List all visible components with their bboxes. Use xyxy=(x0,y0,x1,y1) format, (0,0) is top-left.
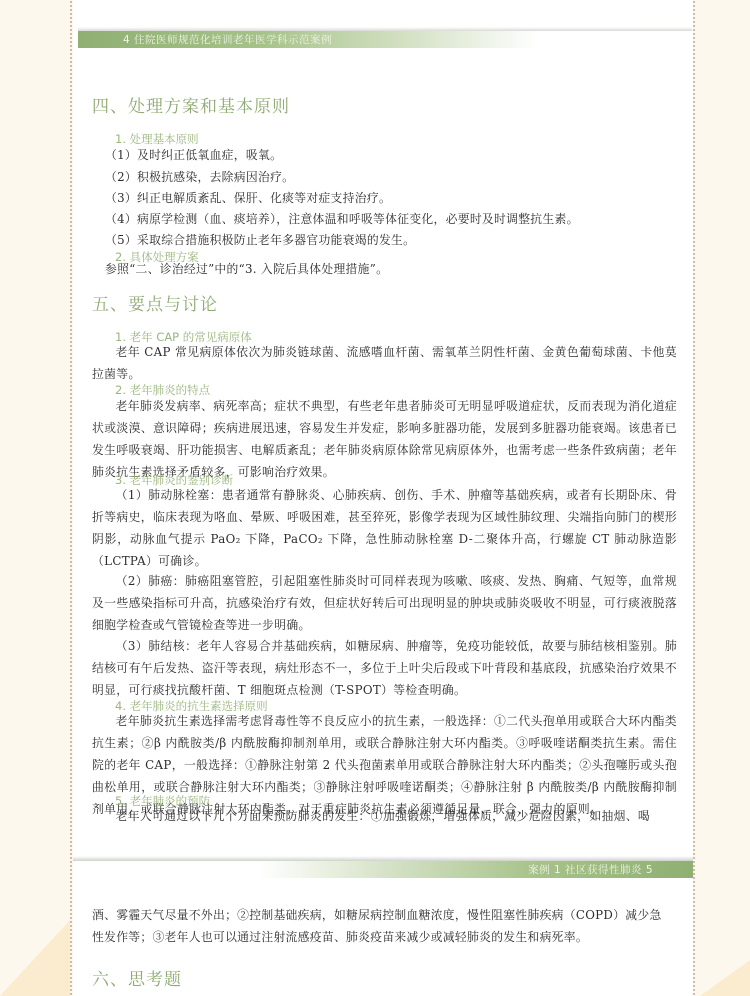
list-item: （2）积极抗感染，去除病因治疗。 xyxy=(105,166,690,188)
paragraph: 老年人可通过以下几个方面来预防肺炎的发生：①加强锻炼，增强体质，减少危险因素，如… xyxy=(92,805,677,827)
section-title: 六、思考题 xyxy=(92,965,182,990)
background-decoration xyxy=(700,960,750,996)
section-title: 五、要点与讨论 xyxy=(92,290,218,315)
running-header: 4 住院医师规范化培训老年医学科示范案例 xyxy=(78,31,693,48)
paragraph: 参照“二、诊治经过”中的“3. 入院后具体处理措施”。 xyxy=(105,258,690,280)
paragraph: 老年肺炎发病率、病死率高；症状不典型，有些老年患者肺炎可无明显呼吸道症状，反而表… xyxy=(92,395,677,483)
list-item: （4）病原学检测（血、痰培养），注意体温和呼吸等体征变化，必要时及时调整抗生素。 xyxy=(105,208,690,230)
paragraph: （2）肺癌：肺癌阻塞管腔，引起阻塞性肺炎时可同样表现为咳嗽、咳痰、发热、胸痛、气… xyxy=(92,570,677,636)
running-footer-text: 案例 1 社区获得性肺炎 5 xyxy=(528,862,653,877)
paragraph-line: 酒、雾霾天气尽量不外出；②控制基础疾病，如糖尿病控制血糖浓度，慢性阻塞性肺疾病（… xyxy=(92,904,677,926)
paragraph: （3）肺结核：老年人容易合并基础疾病，如糖尿病、肿瘤等，免疫功能较低，故要与肺结… xyxy=(92,635,677,701)
paragraph-line: 性发作等；③老年人也可以通过注射流感疫苗、肺炎疫苗来减少或减轻肺炎的发生和病死率… xyxy=(92,926,677,948)
page-edge-right xyxy=(693,0,695,996)
running-header-text: 4 住院医师规范化培训老年医学科示范案例 xyxy=(123,32,332,47)
paragraph: （1）肺动脉栓塞：患者通常有静脉炎、心肺疾病、创伤、手术、肿瘤等基础疾病，或者有… xyxy=(92,484,677,572)
page-edge-left xyxy=(70,0,72,996)
background-decoration xyxy=(0,920,70,996)
list-item: （1）及时纠正低氧血症，吸氧。 xyxy=(105,144,690,166)
section-title: 四、处理方案和基本原则 xyxy=(92,92,290,117)
list-item: （3）纠正电解质紊乱、保肝、化痰等对症支持治疗。 xyxy=(105,187,690,209)
running-footer: 案例 1 社区获得性肺炎 5 xyxy=(73,861,693,878)
paragraph: 老年 CAP 常见病原体依次为肺炎链球菌、流感嗜血杆菌、需氧革兰阴性杆菌、金黄色… xyxy=(92,341,677,385)
list-item: （5）采取综合措施积极防止老年多器官功能衰竭的发生。 xyxy=(105,229,690,251)
